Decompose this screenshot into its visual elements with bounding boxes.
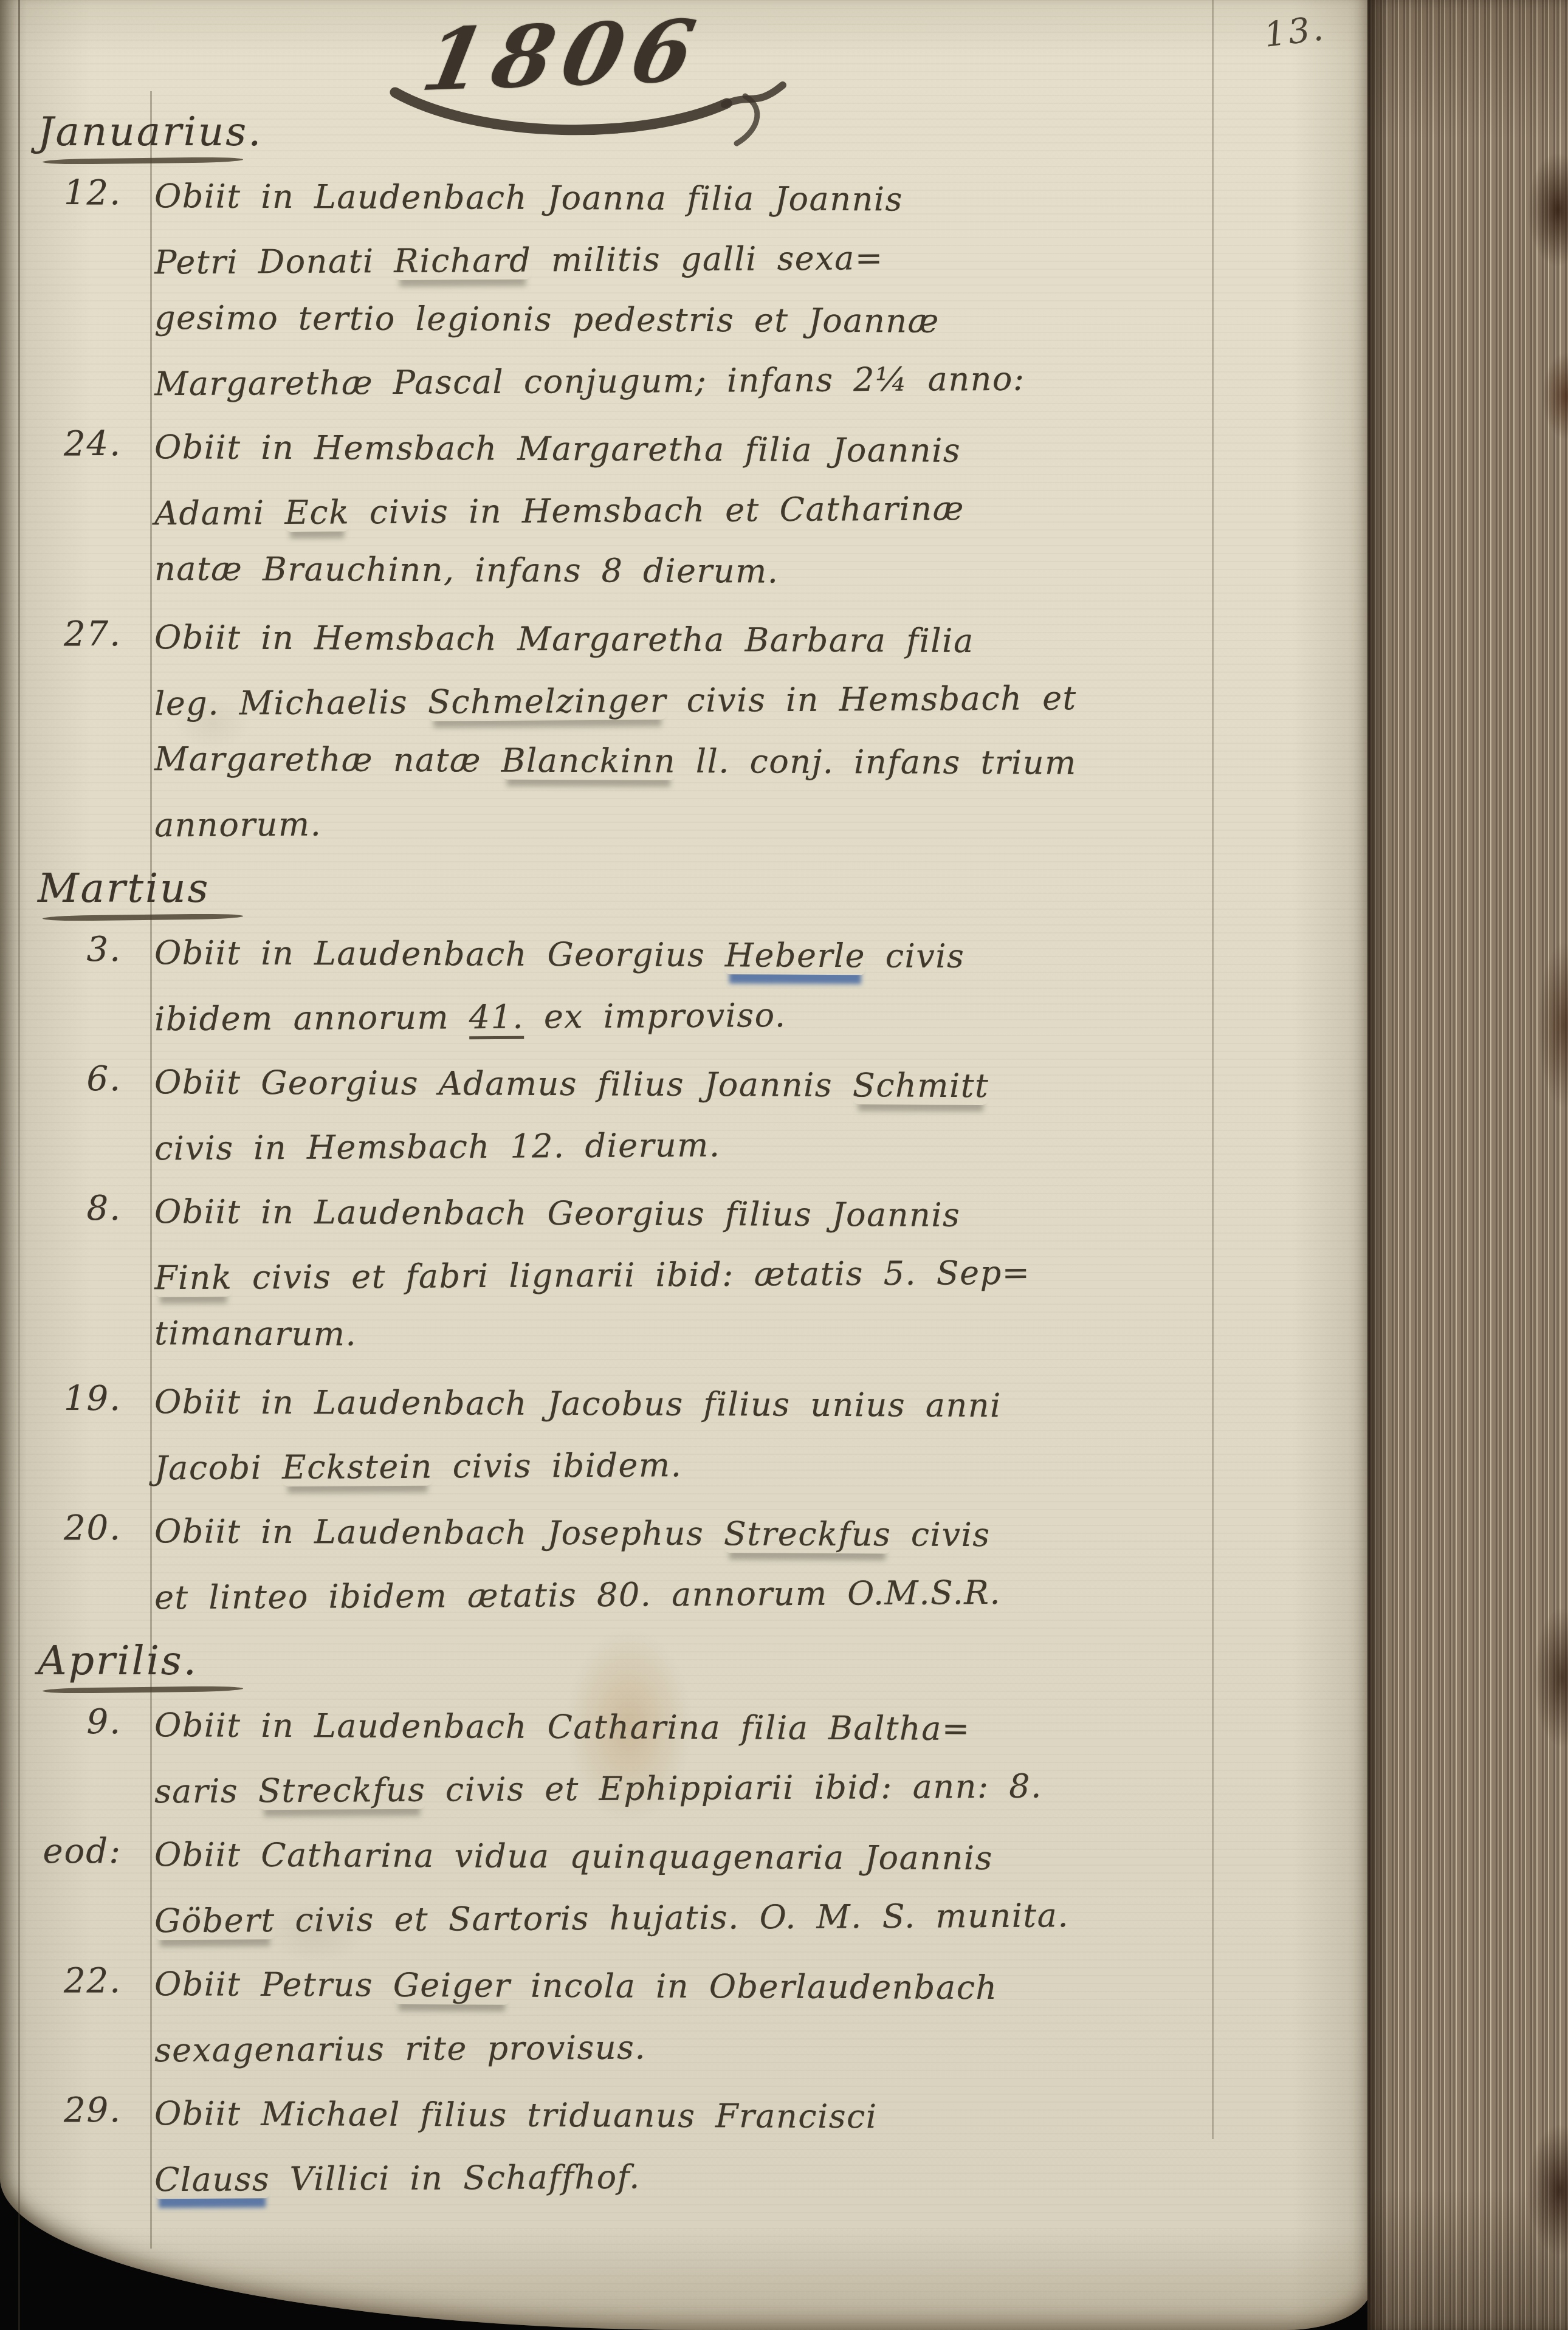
entry-day: 9.: [0, 1697, 131, 1819]
text-segment: Obiit in Hemsbach Margaretha filia Joann…: [154, 428, 961, 470]
entry-line: Obiit in Laudenbach Jacobus filius unius…: [154, 1372, 1222, 1437]
register-entry: 20.Obiit in Laudenbach Josephus Streckfu…: [0, 1504, 1222, 1625]
text-segment: civis et fabri lignarii ibid: ætatis 5. …: [232, 1254, 1031, 1297]
entry-line: Obiit in Laudenbach Georgius filius Joan…: [154, 1181, 1222, 1247]
annotated-surname: Blanckinn: [501, 741, 676, 780]
text-segment: annorum.: [154, 805, 322, 845]
entry-line: Obiit in Laudenbach Catharina filia Balt…: [154, 1695, 1222, 1761]
register-entry: 22.Obiit Petrus Geiger incola in Oberlau…: [0, 1956, 1222, 2078]
annotated-surname: Eck: [284, 493, 349, 532]
text-segment: civis: [865, 936, 965, 975]
register-entry: 29.Obiit Michael filius triduanus Franci…: [0, 2086, 1222, 2207]
annotated-surname: 41.: [469, 998, 524, 1040]
entry-day: 12.: [0, 168, 131, 411]
entry-text: Obiit Georgius Adamus filius Joannis Sch…: [131, 1054, 1222, 1176]
month-label: Januarius.: [38, 108, 263, 155]
register-entry: 24.Obiit in Hemsbach Margaretha filia Jo…: [0, 419, 1222, 602]
annotated-surname: Schmitt: [853, 1066, 989, 1105]
entry-day: 24.: [0, 419, 131, 602]
entry-text: Obiit in Hemsbach Margaretha Barbara fil…: [131, 610, 1222, 853]
entry-line: Obiit in Hemsbach Margaretha Barbara fil…: [154, 607, 1222, 673]
entry-line: annorum.: [154, 789, 1222, 856]
annotated-surname: Heberle: [725, 936, 865, 975]
text-segment: saris: [154, 1772, 258, 1810]
entry-line: Obiit in Hemsbach Margaretha filia Joann…: [154, 417, 1222, 483]
text-segment: Obiit in Laudenbach Joanna filia Joannis: [154, 177, 903, 218]
entry-line: Petri Donati Richard militis galli sexa=: [154, 226, 1222, 294]
entry-day: 29.: [0, 2086, 131, 2207]
month-underline: [43, 157, 243, 165]
text-segment: Adami: [154, 493, 285, 532]
entry-line: Margarethæ Pascal conjugum; infans 2¼ an…: [154, 348, 1222, 415]
text-segment: Villici in Schaffhof.: [270, 2157, 641, 2198]
entry-line: Margarethæ natæ Blanckinn ll. conj. infa…: [154, 729, 1222, 794]
text-segment: Margarethæ Pascal conjugum; infans 2¼ an…: [154, 360, 1025, 404]
text-segment: Jacobi: [154, 1448, 282, 1487]
entry-text: Obiit in Laudenbach Georgius Heberle civ…: [131, 925, 1222, 1046]
book-fore-edge: [1367, 0, 1568, 2330]
entry-line: gesimo tertio legionis pedestris et Joan…: [154, 287, 1222, 353]
month-underline: [43, 1686, 243, 1694]
entry-line: saris Streckfus civis et Ephippiarii ibi…: [154, 1755, 1222, 1823]
scan-background: { "page": { "page_number": "13.", "year_…: [0, 0, 1568, 2330]
text-segment: Obiit in Laudenbach Georgius filius Joan…: [154, 1192, 961, 1234]
entry-text: Obiit in Laudenbach Georgius filius Joan…: [131, 1184, 1222, 1366]
entry-line: natæ Brauchinn, infans 8 dierum.: [154, 538, 1222, 604]
text-segment: civis: [891, 1515, 990, 1554]
entry-day: 27.: [0, 610, 131, 853]
month-header: Martius: [38, 865, 1222, 920]
entry-day: 3.: [0, 925, 131, 1046]
entry-line: timanarum.: [154, 1303, 1222, 1369]
text-segment: civis in Hemsbach 12. dierum.: [154, 1126, 721, 1168]
month-label: Martius: [38, 865, 210, 912]
register-entries: Januarius.12.Obiit in Laudenbach Joanna …: [0, 96, 1222, 2215]
entry-line: civis in Hemsbach 12. dierum.: [154, 1112, 1222, 1180]
entry-day: 20.: [0, 1504, 131, 1625]
text-segment: civis et Sartoris hujatis. O. M. S. muni…: [275, 1896, 1070, 1939]
entry-text: Obiit in Laudenbach Josephus Streckfus c…: [131, 1504, 1222, 1625]
annotated-surname: Streckfus: [724, 1514, 892, 1553]
text-segment: militis galli sexa=: [531, 239, 884, 280]
text-segment: Obiit in Laudenbach Josephus: [154, 1512, 724, 1553]
month-header: Aprilis.: [38, 1637, 1222, 1693]
text-segment: incola in Oberlaudenbach: [511, 1967, 998, 2007]
text-segment: civis in Hemsbach et Catharinæ: [349, 489, 965, 531]
entry-line: Clauss Villici in Schaffhof.: [154, 2143, 1222, 2211]
entry-line: Obiit Michael filius triduanus Francisci: [154, 2083, 1222, 2149]
month-header: Januarius.: [38, 108, 1222, 163]
entry-text: Obiit in Laudenbach Jacobus filius unius…: [131, 1374, 1222, 1496]
text-segment: Obiit in Hemsbach Margaretha Barbara fil…: [154, 618, 974, 660]
entry-line: Jacobi Eckstein civis ibidem.: [154, 1432, 1222, 1499]
entry-line: Obiit Petrus Geiger incola in Oberlauden…: [154, 1954, 1222, 2019]
register-entry: 9.Obiit in Laudenbach Catharina filia Ba…: [0, 1697, 1222, 1819]
register-entry: 3.Obiit in Laudenbach Georgius Heberle c…: [0, 925, 1222, 1046]
entry-line: Obiit in Laudenbach Josephus Streckfus c…: [154, 1501, 1222, 1567]
text-segment: sexagenarius rite provisus.: [154, 2028, 646, 2069]
text-segment: Obiit in Laudenbach Jacobus filius unius…: [154, 1383, 1002, 1424]
text-segment: leg. Michaelis: [154, 683, 428, 723]
text-segment: Obiit Petrus: [154, 1965, 393, 2004]
entry-line: Obiit in Laudenbach Georgius Heberle civ…: [154, 923, 1222, 988]
annotated-surname: Schmelzinger: [428, 681, 667, 721]
text-segment: civis in Hemsbach et: [667, 679, 1077, 720]
annotated-surname: Streckfus: [258, 1771, 426, 1810]
text-segment: Obiit Georgius Adamus filius Joannis: [154, 1063, 853, 1104]
text-segment: ll. conj. infans trium: [676, 742, 1077, 782]
entry-line: Fink civis et fabri lignarii ibid: ætati…: [154, 1242, 1222, 1309]
entry-day: eod:: [0, 1827, 131, 1948]
annotated-surname: Clauss: [154, 2160, 270, 2199]
annotated-surname: Fink: [154, 1259, 233, 1297]
register-entry: 6.Obiit Georgius Adamus filius Joannis S…: [0, 1054, 1222, 1176]
entry-text: Obiit Michael filius triduanus Francisci…: [131, 2086, 1222, 2207]
text-segment: et linteo ibidem ætatis 80. annorum O.M.…: [154, 1573, 1001, 1617]
entry-day: 19.: [0, 1374, 131, 1496]
text-segment: civis et Ephippiarii ibid: ann: 8.: [425, 1767, 1042, 1809]
register-entry: eod:Obiit Catharina vidua quinquagenaria…: [0, 1827, 1222, 1948]
entry-day: 6.: [0, 1054, 131, 1176]
entry-line: leg. Michaelis Schmelzinger civis in Hem…: [154, 667, 1222, 735]
entry-line: Obiit in Laudenbach Joanna filia Joannis: [154, 166, 1222, 232]
register-entry: 12.Obiit in Laudenbach Joanna filia Joan…: [0, 168, 1222, 411]
entry-day: 22.: [0, 1956, 131, 2078]
text-segment: natæ Brauchinn, infans 8 dierum.: [154, 549, 779, 590]
entry-line: Göbert civis et Sartoris hujatis. O. M. …: [154, 1885, 1222, 1952]
book-scan: 1806 13. Januarius.12.Obiit in Laudenbac…: [0, 0, 1568, 2330]
text-segment: civis ibidem.: [433, 1446, 683, 1486]
text-segment: Obiit in Laudenbach Georgius: [154, 933, 725, 974]
entry-text: Obiit Petrus Geiger incola in Oberlauden…: [131, 1956, 1222, 2078]
annotated-surname: Richard: [394, 241, 531, 280]
annotated-surname: Göbert: [154, 1901, 275, 1940]
text-segment: ex improviso.: [524, 996, 786, 1036]
entry-line: et linteo ibidem ætatis 80. annorum O.M.…: [154, 1561, 1222, 1629]
entry-line: sexagenarius rite provisus.: [154, 2014, 1222, 2081]
text-segment: Obiit Catharina vidua quinquagenaria Joa…: [154, 1835, 993, 1877]
month-label: Aprilis.: [38, 1637, 198, 1684]
entry-text: Obiit in Hemsbach Margaretha filia Joann…: [131, 419, 1222, 602]
annotated-surname: Eckstein: [282, 1448, 433, 1487]
entry-line: Obiit Georgius Adamus filius Joannis Sch…: [154, 1052, 1222, 1118]
entry-line: Obiit Catharina vidua quinquagenaria Joa…: [154, 1824, 1222, 1890]
page-number: 13.: [1262, 9, 1327, 55]
register-entry: 27.Obiit in Hemsbach Margaretha Barbara …: [0, 610, 1222, 853]
text-segment: timanarum.: [154, 1314, 357, 1353]
text-segment: Obiit Michael filius triduanus Francisci: [154, 2094, 878, 2136]
text-segment: gesimo tertio legionis pedestris et Joan…: [154, 298, 940, 340]
entry-line: Adami Eck civis in Hemsbach et Catharinæ: [154, 477, 1222, 545]
register-entry: 19.Obiit in Laudenbach Jacobus filius un…: [0, 1374, 1222, 1496]
entry-day: 8.: [0, 1184, 131, 1366]
text-segment: Obiit in Laudenbach Catharina filia Balt…: [154, 1706, 971, 1748]
text-segment: ibidem annorum: [154, 998, 469, 1038]
entry-text: Obiit in Laudenbach Joanna filia Joannis…: [131, 168, 1222, 411]
entry-text: Obiit Catharina vidua quinquagenaria Joa…: [131, 1827, 1222, 1948]
entry-line: ibidem annorum 41. ex improviso.: [154, 983, 1222, 1050]
text-segment: Margarethæ natæ: [154, 740, 501, 779]
month-underline: [43, 913, 243, 921]
register-page: 1806 13. Januarius.12.Obiit in Laudenbac…: [0, 0, 1371, 2330]
annotated-surname: Geiger: [393, 1966, 511, 2005]
entry-text: Obiit in Laudenbach Catharina filia Balt…: [131, 1697, 1222, 1819]
register-entry: 8.Obiit in Laudenbach Georgius filius Jo…: [0, 1184, 1222, 1366]
text-segment: Petri Donati: [154, 242, 394, 281]
